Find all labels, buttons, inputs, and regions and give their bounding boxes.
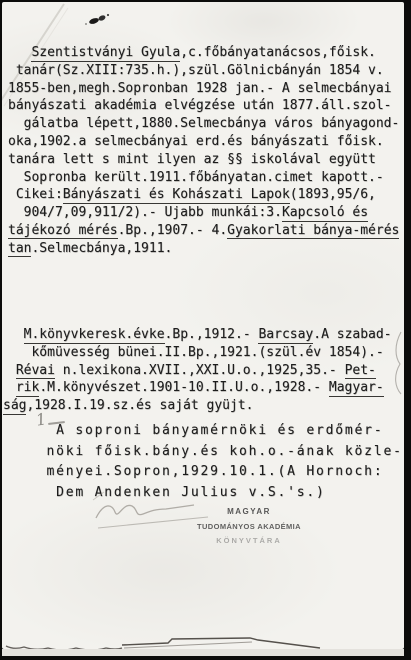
text-segment [8, 45, 31, 60]
ink-smudge [85, 14, 109, 25]
text-line: bányászati akadémia elvégzése után 1877.… [8, 97, 400, 115]
text-segment: 904/7,09,911/2).- Ujabb munkái:3. [8, 205, 282, 220]
underlined-text: Szentistványi Gyula [31, 45, 180, 62]
text-line: gálatba lépett,1880.Selmecbánya város bá… [8, 115, 400, 133]
library-stamp: MAGYAR TUDOMÁNYOS AKADÉMIA KÖNYVTÁRA [174, 505, 324, 547]
text-line: M.könyvkeresk.évke.Bp.,1912.- Barcsay.A … [8, 326, 400, 344]
text-line: Szentistványi Gyula,c.főbányatanácsos,fő… [8, 44, 400, 62]
text-segment: Cikei: [8, 187, 63, 202]
text-line: tanára lett s mint ilyen az §§ iskolával… [8, 151, 400, 169]
text-segment: oka,1902.a selmecbányai erd.és bányászat… [8, 134, 384, 149]
text-segment [8, 363, 16, 378]
underlined-text: rik [16, 380, 39, 397]
text-segment: .M.könyvészet.1901-10.II.U.o.,1928.- [39, 380, 329, 395]
text-line: kőmüvesség bünei.II.Bp.,1921.(szül.év 18… [8, 344, 400, 362]
underlined-text: ság [3, 398, 26, 415]
text-line: tanár(Sz.XIII:735.h.),szül.Gölnicbányán … [8, 62, 400, 80]
text-segment [8, 327, 24, 342]
text-segment: ményei.Sopron,1929.10.1.(A Hornoch: [8, 464, 383, 479]
paper: Szentistványi Gyula,c.főbányatanácsos,fő… [2, 2, 404, 649]
text-segment: nöki főisk.bány.és koh.o.-ának közle- [8, 444, 403, 459]
text-segment: Dem Andenken Julius v.S.'s.) [8, 485, 326, 500]
text-line: tan.Selmecbánya,1911. [8, 240, 400, 258]
text-line: ság,1928.I.19.sz.és saját gyüjt. [3, 397, 400, 415]
paragraph-publications: A soproni bányamérnöki és erdőmér- nöki … [2, 421, 404, 503]
text-line: 1855-ben,megh.Sopronban 1928 jan.- A sel… [8, 80, 400, 98]
underlined-text: Gyakorlati bánya-mérés [227, 223, 399, 240]
underlined-text: Kapcsoló és [282, 205, 368, 222]
text-line: ményei.Sopron,1929.10.1.(A Hornoch: [8, 462, 400, 483]
underlined-text: M.könyvkeresk.évke [24, 327, 165, 344]
text-segment [8, 380, 16, 395]
text-segment: .Selmecbánya,1911. [31, 241, 172, 256]
text-segment: .A szabad- [313, 327, 391, 342]
text-line: Révai n.lexikona.XVII.,XXI.U.o.,1925,35.… [8, 362, 400, 380]
text-segment: A soproni bányamérnöki és erdőmér- [8, 423, 383, 438]
text-line: nöki főisk.bány.és koh.o.-ának közle- [8, 442, 400, 463]
underlined-text: tájékozó mérés [8, 223, 118, 240]
text-line: oka,1902.a selmecbányai erd.és bányászat… [8, 133, 400, 151]
underlined-text: Magyar- [329, 380, 384, 397]
stamp-line: MAGYAR [174, 505, 324, 519]
text-line: Sopronba került.1911.főbányatan.cimet ka… [8, 169, 400, 187]
text-segment: n.lexikona.XVII.,XXI.U.o.,1925,35.- [55, 363, 345, 378]
text-line: 904/7,09,911/2).- Ujabb munkái:3.Kapcsol… [8, 204, 400, 222]
stamp-line: TUDOMÁNYOS AKADÉMIA [174, 519, 324, 534]
scanned-card-frame: Szentistványi Gyula,c.főbányatanácsos,fő… [0, 0, 411, 660]
text-segment: tanár(Sz.XIII:735.h.),szül.Gölnicbányán … [8, 63, 384, 78]
text-line: rik.M.könyvészet.1901-10.II.U.o.,1928.- … [8, 379, 400, 397]
text-segment: .Bp.,1907.- 4. [118, 223, 228, 238]
text-segment: gálatba lépett,1880.Selmecbánya város bá… [8, 116, 399, 131]
underlined-text: Pet- [345, 363, 376, 380]
text-segment: ,c.főbányatanácsos,főisk. [180, 45, 376, 60]
text-line: Dem Andenken Julius v.S.'s.) [8, 483, 400, 504]
text-segment: 1855-ben,megh.Sopronban 1928 jan.- A sel… [8, 81, 392, 96]
text-segment: tanára lett s mint ilyen az §§ iskolával… [8, 152, 376, 167]
bottom-fold-crease-2 [124, 642, 252, 648]
bottom-fold-crease [122, 638, 320, 648]
paragraph-biography: Szentistványi Gyula,c.főbányatanácsos,fő… [2, 44, 404, 258]
text-segment: kőmüvesség bünei.II.Bp.,1921.(szül.év 18… [8, 345, 384, 360]
text-segment: bányászati akadémia elvégzése után 1877.… [8, 98, 392, 113]
text-line: tájékozó mérés.Bp.,1907.- 4.Gyakorlati b… [8, 222, 400, 240]
text-segment: ,1928.I.19.sz.és saját gyüjt. [26, 398, 253, 413]
text-segment: .Bp.,1912.- [165, 327, 259, 342]
underlined-text: Bányászati és Kohászati Lapok [63, 187, 290, 204]
underlined-text: tan [8, 241, 31, 258]
text-segment: Sopronba került.1911.főbányatan.cimet ka… [8, 170, 384, 185]
underlined-text: Révai [16, 363, 55, 380]
text-line: Cikei:Bányászati és Kohászati Lapok(1893… [8, 186, 400, 204]
stamp-line: KÖNYVTÁRA [174, 534, 324, 547]
scan-background-strip [2, 649, 404, 656]
text-segment: (1893,95/6, [290, 187, 376, 202]
text-line: A soproni bányamérnöki és erdőmér- [8, 421, 400, 442]
underlined-text: Barcsay [258, 327, 313, 344]
paragraph-sources: M.könyvkeresk.évke.Bp.,1912.- Barcsay.A … [2, 326, 404, 415]
